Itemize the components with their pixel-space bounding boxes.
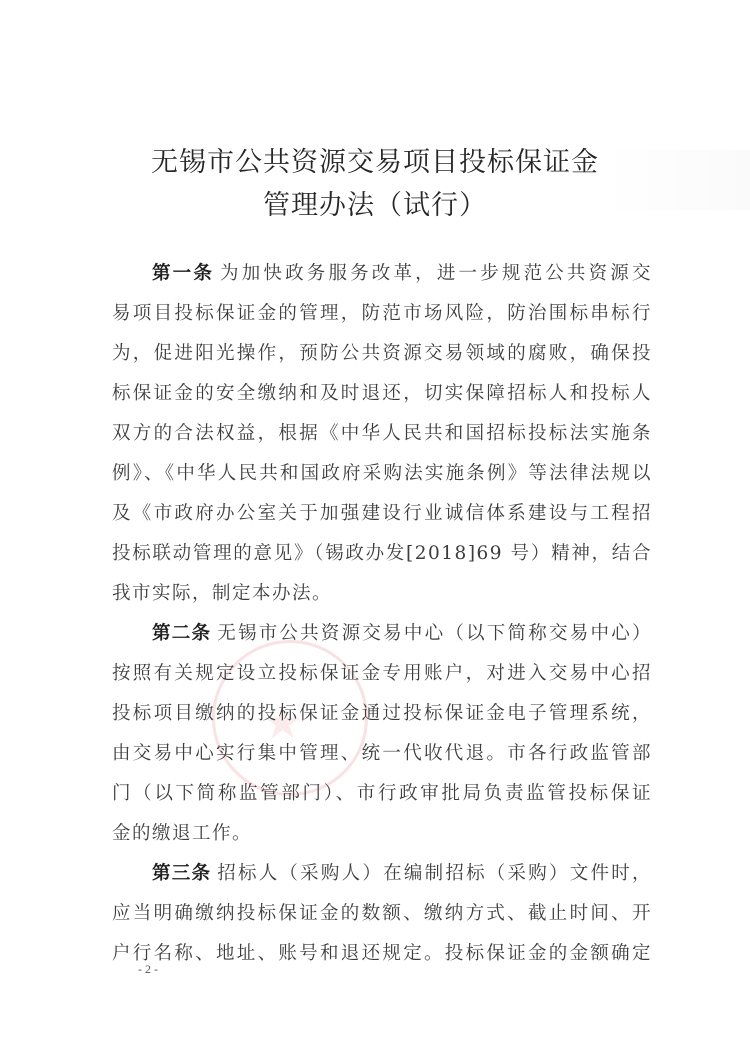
article-1-line-5: 双方的合法权益，根据《中华人民共和国招标投标法实施条	[112, 422, 652, 446]
article-2-line-6: 金的缴退工作。	[112, 822, 652, 846]
article-3-line-3: 户行名称、地址、账号和退还规定。投标保证金的金额确定	[112, 942, 652, 966]
article-1-line-4: 标保证金的安全缴纳和及时退还，切实保障招标人和投标人	[112, 382, 652, 406]
article-1-line-9: 我市实际，制定本办法。	[112, 582, 652, 606]
document-title-line1: 无锡市公共资源交易项目投标保证金	[0, 140, 750, 179]
article-1-line-8: 投标联动管理的意见》（锡政办发[2018]69 号）精神，结合	[112, 542, 652, 566]
article-3-line-2: 应当明确缴纳投标保证金的数额、缴纳方式、截止时间、开	[112, 902, 652, 926]
document-page: ★ 无锡市公共资源交易项目投标保证金 管理办法（试行） 第一条为加快政务服务改革…	[0, 0, 750, 1061]
article-1-line-3: 为，促进阳光操作，预防公共资源交易领域的腐败，确保投	[112, 342, 652, 366]
article-1-line-2: 易项目投标保证金的管理，防范市场风险，防治围标串标行	[112, 302, 652, 326]
article-3-heading: 第三条	[152, 863, 211, 884]
article-1-line-1: 第一条为加快政务服务改革，进一步规范公共资源交	[152, 262, 652, 286]
document-title-line2: 管理办法（试行）	[0, 183, 750, 222]
article-1-line-7: 及《市政府办公室关于加强建设行业诚信体系建设与工程招	[112, 502, 652, 526]
article-2-line-5: 门（以下简称监管部门）、市行政审批局负责监管投标保证	[112, 782, 652, 806]
article-2-line-1: 第二条无锡市公共资源交易中心（以下简称交易中心）	[152, 622, 652, 646]
page-number: - 2 -	[138, 962, 158, 977]
article-2-line-4: 由交易中心实行集中管理、统一代收代退。市各行政监管部	[112, 742, 652, 766]
article-1-line-6: 例》、《中华人民共和国政府采购法实施条例》等法律法规以	[112, 462, 652, 486]
article-1-heading: 第一条	[152, 263, 214, 284]
article-2-line-2: 按照有关规定设立投标保证金专用账户，对进入交易中心招	[112, 662, 652, 686]
article-2-heading: 第二条	[152, 623, 211, 644]
article-3-line-1: 第三条招标人（采购人）在编制招标（采购）文件时，	[152, 862, 652, 886]
article-2-line-3: 投标项目缴纳的投标保证金通过投标保证金电子管理系统，	[112, 702, 652, 726]
